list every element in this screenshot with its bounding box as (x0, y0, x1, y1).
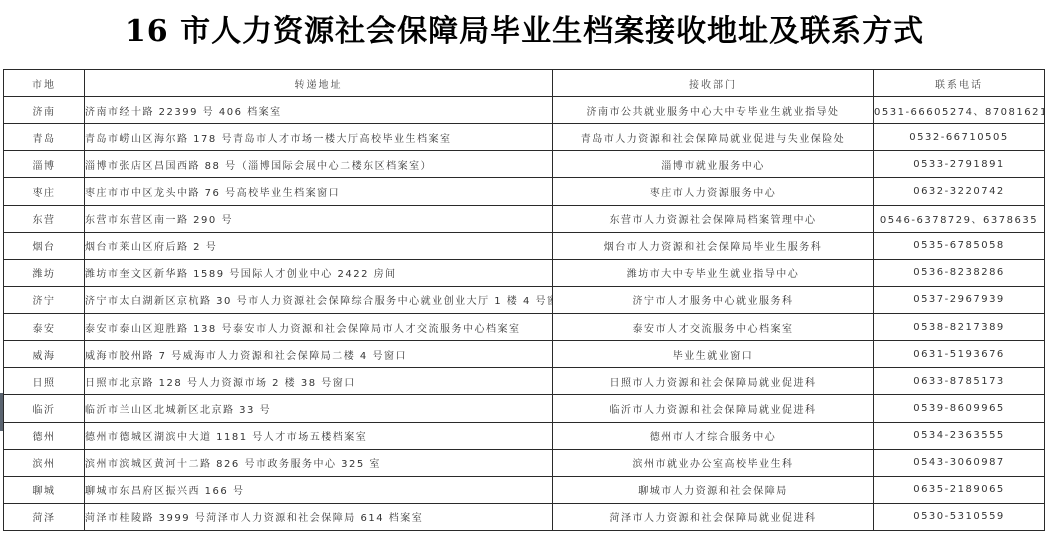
cell-city: 聊城 (4, 476, 85, 503)
cell-city: 威海 (4, 341, 85, 368)
table-row: 淄博淄博市张店区昌国西路 88 号（淄博国际会展中心二楼东区档案室）淄博市就业服… (4, 151, 1045, 178)
cell-city: 泰安 (4, 314, 85, 341)
header-phone: 联系电话 (874, 70, 1045, 97)
cell-address: 滨州市滨城区黄河十二路 826 号市政务服务中心 325 室 (85, 449, 553, 476)
cell-department: 毕业生就业窗口 (553, 341, 874, 368)
cell-city: 济南 (4, 97, 85, 124)
cell-address: 菏泽市桂陵路 3999 号菏泽市人力资源和社会保障局 614 档案室 (85, 503, 553, 530)
cell-address: 济南市经十路 22399 号 406 档案室 (85, 97, 553, 124)
cell-department: 德州市人才综合服务中心 (553, 422, 874, 449)
cell-department: 济南市公共就业服务中心大中专毕业生就业指导处 (553, 97, 874, 124)
cell-phone: 0539-8609965 (874, 395, 1045, 422)
cell-city: 菏泽 (4, 503, 85, 530)
table-row: 临沂临沂市兰山区北城新区北京路 33 号临沂市人力资源和社会保障局就业促进科05… (4, 395, 1045, 422)
cell-phone: 0530-5310559 (874, 503, 1045, 530)
cell-address: 青岛市崂山区海尔路 178 号青岛市人才市场一楼大厅高校毕业生档案室 (85, 124, 553, 151)
header-department: 接收部门 (553, 70, 874, 97)
cell-city: 临沂 (4, 395, 85, 422)
cell-address: 枣庄市市中区龙头中路 76 号高校毕业生档案窗口 (85, 178, 553, 205)
archive-address-table: 市地 转递地址 接收部门 联系电话 济南济南市经十路 22399 号 406 档… (3, 69, 1045, 531)
cell-department: 淄博市就业服务中心 (553, 151, 874, 178)
table-row: 菏泽菏泽市桂陵路 3999 号菏泽市人力资源和社会保障局 614 档案室菏泽市人… (4, 503, 1045, 530)
cell-city: 烟台 (4, 232, 85, 259)
cell-phone: 0543-3060987 (874, 449, 1045, 476)
cell-address: 德州市德城区湖滨中大道 1181 号人才市场五楼档案室 (85, 422, 553, 449)
cell-phone: 0635-2189065 (874, 476, 1045, 503)
table-row: 日照日照市北京路 128 号人力资源市场 2 楼 38 号窗口日照市人力资源和社… (4, 368, 1045, 395)
cell-address: 烟台市莱山区府后路 2 号 (85, 232, 553, 259)
cell-department: 东营市人力资源社会保障局档案管理中心 (553, 205, 874, 232)
cell-phone: 0546-6378729、6378635 (874, 205, 1045, 232)
cell-city: 滨州 (4, 449, 85, 476)
cell-address: 泰安市泰山区迎胜路 138 号泰安市人力资源和社会保障局市人才交流服务中心档案室 (85, 314, 553, 341)
cell-address: 东营市东营区南一路 290 号 (85, 205, 553, 232)
table-row: 威海威海市胶州路 7 号威海市人力资源和社会保障局二楼 4 号窗口毕业生就业窗口… (4, 341, 1045, 368)
table-row: 潍坊潍坊市奎文区新华路 1589 号国际人才创业中心 2422 房间潍坊市大中专… (4, 259, 1045, 286)
cell-phone: 0534-2363555 (874, 422, 1045, 449)
cell-phone: 0632-3220742 (874, 178, 1045, 205)
cell-department: 烟台市人力资源和社会保障局毕业生服务科 (553, 232, 874, 259)
cell-address: 淄博市张店区昌国西路 88 号（淄博国际会展中心二楼东区档案室） (85, 151, 553, 178)
cell-department: 滨州市就业办公室高校毕业生科 (553, 449, 874, 476)
cell-address: 聊城市东昌府区振兴西 166 号 (85, 476, 553, 503)
cell-department: 枣庄市人力资源服务中心 (553, 178, 874, 205)
header-address: 转递地址 (85, 70, 553, 97)
table-row: 枣庄枣庄市市中区龙头中路 76 号高校毕业生档案窗口枣庄市人力资源服务中心063… (4, 178, 1045, 205)
cell-phone: 0537-2967939 (874, 286, 1045, 313)
cell-department: 菏泽市人力资源和社会保障局就业促进科 (553, 503, 874, 530)
cell-department: 潍坊市大中专毕业生就业指导中心 (553, 259, 874, 286)
cell-department: 日照市人力资源和社会保障局就业促进科 (553, 368, 874, 395)
table-row: 青岛青岛市崂山区海尔路 178 号青岛市人才市场一楼大厅高校毕业生档案室青岛市人… (4, 124, 1045, 151)
cell-phone: 0532-66710505 (874, 124, 1045, 151)
cell-phone: 0535-6785058 (874, 232, 1045, 259)
table-header-row: 市地 转递地址 接收部门 联系电话 (4, 70, 1045, 97)
cell-address: 临沂市兰山区北城新区北京路 33 号 (85, 395, 553, 422)
cell-department: 聊城市人力资源和社会保障局 (553, 476, 874, 503)
cell-city: 济宁 (4, 286, 85, 313)
cell-department: 泰安市人才交流服务中心档案室 (553, 314, 874, 341)
table-row: 东营东营市东营区南一路 290 号东营市人力资源社会保障局档案管理中心0546-… (4, 205, 1045, 232)
document-title: 16 市人力资源社会保障局毕业生档案接收地址及联系方式 (0, 10, 1049, 54)
table-row: 聊城聊城市东昌府区振兴西 166 号聊城市人力资源和社会保障局0635-2189… (4, 476, 1045, 503)
cell-phone: 0633-8785173 (874, 368, 1045, 395)
cell-phone: 0536-8238286 (874, 259, 1045, 286)
table-row: 德州德州市德城区湖滨中大道 1181 号人才市场五楼档案室德州市人才综合服务中心… (4, 422, 1045, 449)
cell-city: 德州 (4, 422, 85, 449)
cell-department: 济宁市人才服务中心就业服务科 (553, 286, 874, 313)
cell-city: 日照 (4, 368, 85, 395)
cell-city: 东营 (4, 205, 85, 232)
cell-city: 青岛 (4, 124, 85, 151)
cell-department: 青岛市人力资源和社会保障局就业促进与失业保险处 (553, 124, 874, 151)
table-row: 泰安泰安市泰山区迎胜路 138 号泰安市人力资源和社会保障局市人才交流服务中心档… (4, 314, 1045, 341)
cell-address: 威海市胶州路 7 号威海市人力资源和社会保障局二楼 4 号窗口 (85, 341, 553, 368)
table-row: 烟台烟台市莱山区府后路 2 号烟台市人力资源和社会保障局毕业生服务科0535-6… (4, 232, 1045, 259)
header-city: 市地 (4, 70, 85, 97)
cell-phone: 0533-2791891 (874, 151, 1045, 178)
table-row: 济宁济宁市太白湖新区京杭路 30 号市人力资源社会保障综合服务中心就业创业大厅 … (4, 286, 1045, 313)
cell-city: 枣庄 (4, 178, 85, 205)
cell-city: 潍坊 (4, 259, 85, 286)
cell-address: 日照市北京路 128 号人力资源市场 2 楼 38 号窗口 (85, 368, 553, 395)
cell-phone: 0538-8217389 (874, 314, 1045, 341)
cell-department: 临沂市人力资源和社会保障局就业促进科 (553, 395, 874, 422)
cell-phone: 0631-5193676 (874, 341, 1045, 368)
cell-phone: 0531-66605274、87081621 (874, 97, 1045, 124)
table-row: 滨州滨州市滨城区黄河十二路 826 号市政务服务中心 325 室滨州市就业办公室… (4, 449, 1045, 476)
cell-address: 济宁市太白湖新区京杭路 30 号市人力资源社会保障综合服务中心就业创业大厅 1 … (85, 286, 553, 313)
table-row: 济南济南市经十路 22399 号 406 档案室济南市公共就业服务中心大中专毕业… (4, 97, 1045, 124)
cell-address: 潍坊市奎文区新华路 1589 号国际人才创业中心 2422 房间 (85, 259, 553, 286)
cell-city: 淄博 (4, 151, 85, 178)
